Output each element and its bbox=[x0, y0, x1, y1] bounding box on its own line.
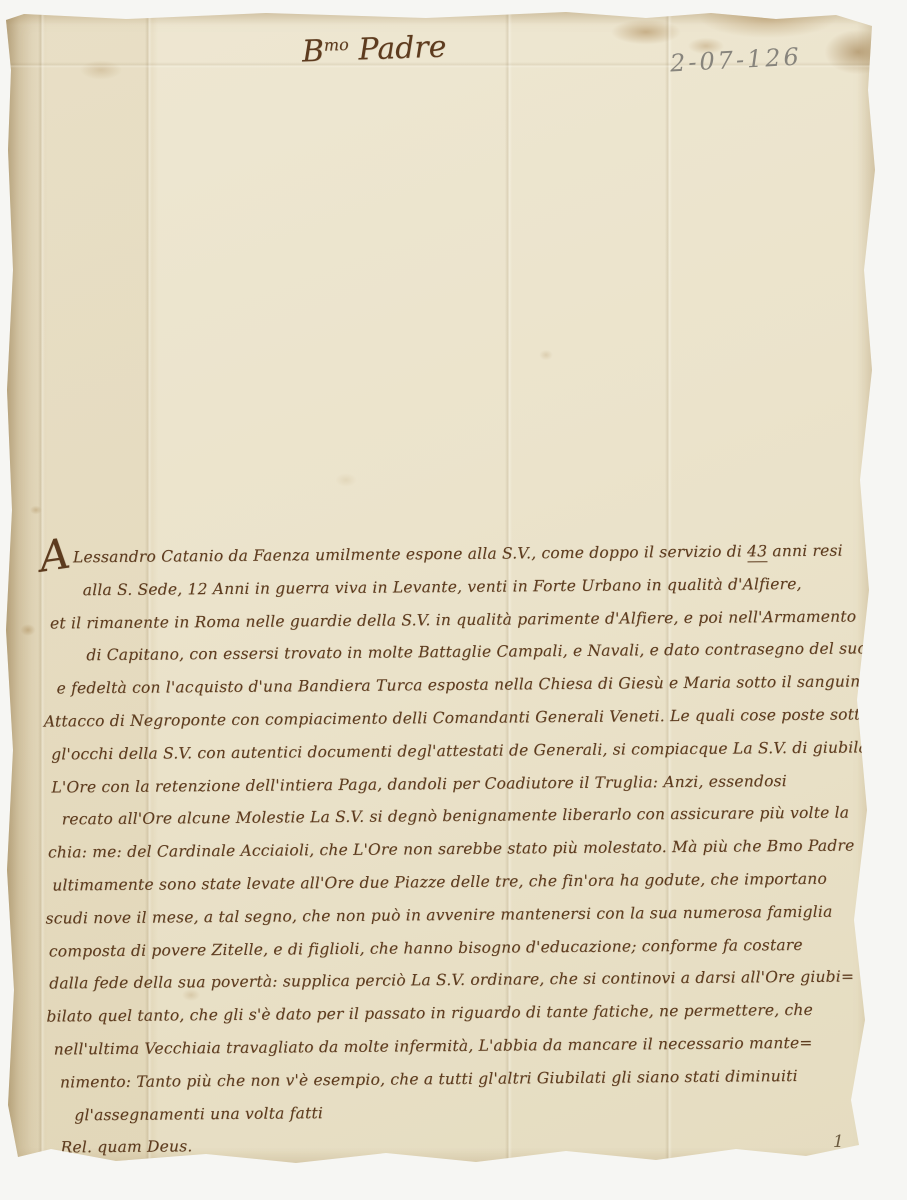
letter-body: ALessandro Catanio da Faenza umilmente e… bbox=[37, 534, 870, 1164]
archival-number-pencil: 2-07-126 bbox=[669, 43, 802, 78]
salutation-superscript: mo bbox=[324, 35, 349, 55]
letter-page: Bmo Padre 2-07-126 ALessandro Catanio da… bbox=[6, 10, 875, 1170]
manuscript-line: Rel. quam Deus. bbox=[60, 1125, 870, 1165]
letter-salutation: Bmo Padre bbox=[301, 29, 447, 69]
illuminated-initial: A bbox=[40, 553, 70, 558]
folio-number: 1 bbox=[833, 1132, 844, 1152]
underlined-number: 43 bbox=[747, 542, 767, 562]
